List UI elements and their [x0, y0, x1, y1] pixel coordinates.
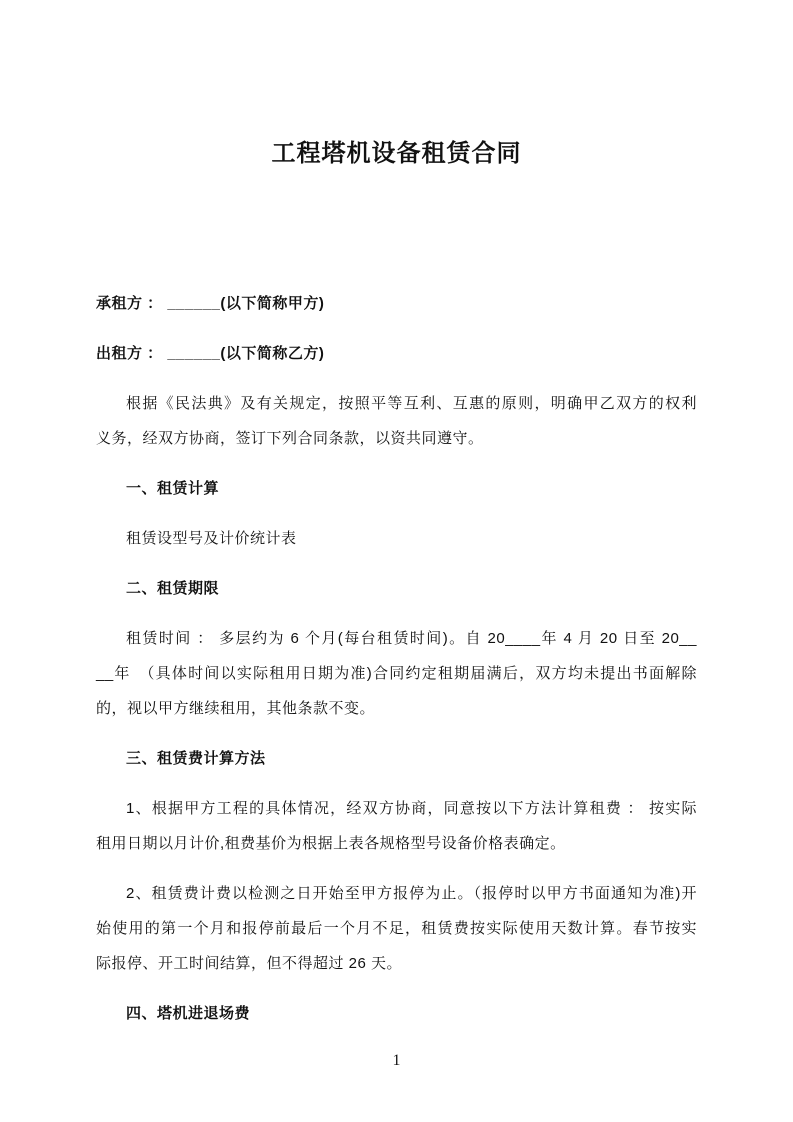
clause-2-line-3: 际报停、开工时间结算，但不得超过 26 天。: [96, 946, 697, 981]
document-body: 工程塔机设备租赁合同 承租方 ： ______(以下简称甲方) 出租方 ： __…: [96, 0, 697, 1031]
lease-term-line-1: 租赁时间 ： 多层约为 6 个月(每台租赁时间)。自 20____年 4 月 2…: [96, 621, 697, 656]
section-heading-4: 四、塔机进退场费: [96, 996, 697, 1031]
lease-term-paragraph: 租赁时间 ： 多层约为 6 个月(每台租赁时间)。自 20____年 4 月 2…: [96, 621, 697, 726]
preamble-line-2: 义务，经双方协商，签订下列合同条款，以资共同遵守。: [96, 421, 697, 456]
lease-term-line-2: __年 （具体时间以实际租用日期为准)合同约定租期届满后，双方均未提出书面解除: [96, 656, 697, 691]
clause-1-line-1: 1、根据甲方工程的具体情况，经双方协商，同意按以下方法计算租费 ： 按实际: [96, 791, 697, 826]
clause-1-line-2: 租用日期以月计价,租费基价为根据上表各规格型号设备价格表确定。: [96, 826, 697, 861]
preamble-line-1: 根据《民法典》及有关规定，按照平等互利、互惠的原则，明确甲乙双方的权利: [96, 386, 697, 421]
pricing-table-note: 租赁设型号及计价统计表: [96, 521, 697, 556]
party-b-line: 出租方 ： ______(以下简称乙方): [96, 336, 697, 371]
document-page: 工程塔机设备租赁合同 承租方 ： ______(以下简称甲方) 出租方 ： __…: [0, 0, 793, 1122]
section-heading-1: 一、租赁计算: [96, 471, 697, 506]
clause-2-line-1: 2、租赁费计费以检测之日开始至甲方报停为止。（报停时以甲方书面通知为准)开: [96, 876, 697, 911]
clause-1-paragraph: 1、根据甲方工程的具体情况，经双方协商，同意按以下方法计算租费 ： 按实际 租用…: [96, 791, 697, 861]
page-number: 1: [0, 1050, 793, 1072]
lease-term-line-3: 的，视以甲方继续租用，其他条款不变。: [96, 691, 697, 726]
preamble-paragraph: 根据《民法典》及有关规定，按照平等互利、互惠的原则，明确甲乙双方的权利 义务，经…: [96, 386, 697, 456]
clause-2-line-2: 始使用的第一个月和报停前最后一个月不足，租赁费按实际使用天数计算。春节按实: [96, 911, 697, 946]
party-a-line: 承租方 ： ______(以下简称甲方): [96, 286, 697, 321]
section-heading-2: 二、租赁期限: [96, 571, 697, 606]
contract-title: 工程塔机设备租赁合同: [96, 138, 697, 170]
clause-2-paragraph: 2、租赁费计费以检测之日开始至甲方报停为止。（报停时以甲方书面通知为准)开 始使…: [96, 876, 697, 981]
section-heading-3: 三、租赁费计算方法: [96, 741, 697, 776]
